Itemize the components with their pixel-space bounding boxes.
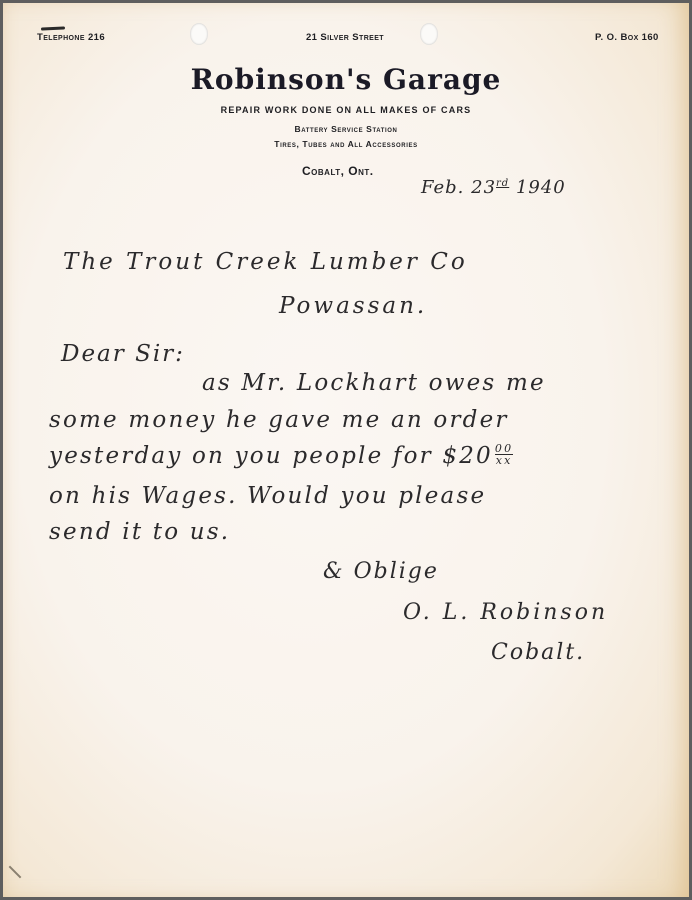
letter-date: Feb. 23rd 1940 xyxy=(421,177,566,198)
signature-city: Cobalt. xyxy=(491,640,585,665)
ink-mark xyxy=(41,26,65,30)
letterhead-service-1: Battery Service Station xyxy=(3,124,689,134)
body-line: yesterday on you people for $20 xyxy=(49,443,493,469)
date-day: Feb. 23 xyxy=(421,177,496,198)
business-name: Robinson's Garage xyxy=(3,63,689,96)
signature: O. L. Robinson xyxy=(403,600,608,625)
body-line: send it to us. xyxy=(49,519,230,545)
punch-hole xyxy=(420,23,438,45)
body-line: on his Wages. Would you please xyxy=(49,483,486,509)
recipient-name: The Trout Creek Lumber Co xyxy=(63,249,468,275)
letterhead-telephone: Telephone 216 xyxy=(37,32,105,43)
letterhead-service-2: Tires, Tubes and All Accessories xyxy=(3,139,689,149)
salutation: Dear Sir: xyxy=(61,341,185,367)
letterhead-tagline: REPAIR WORK DONE ON ALL MAKES OF CARS xyxy=(3,105,689,115)
body-line: some money he gave me an order xyxy=(49,407,509,433)
letter-sheet: Telephone 216 21 Silver Street P. O. Box… xyxy=(3,3,689,897)
letterhead-city: Cobalt, Ont. xyxy=(302,164,374,178)
recipient-town: Powassan. xyxy=(279,293,427,319)
closing: & Oblige xyxy=(323,559,439,584)
letterhead-po-box: P. O. Box 160 xyxy=(595,32,659,43)
amount-cents: 00xx xyxy=(495,443,513,466)
letterhead-street: 21 Silver Street xyxy=(306,32,384,43)
punch-hole xyxy=(190,23,208,45)
date-ordinal: rd xyxy=(496,178,509,189)
date-year: 1940 xyxy=(516,177,566,198)
body-line: as Mr. Lockhart owes me xyxy=(202,370,546,396)
body-line-amount: yesterday on you people for $2000xx xyxy=(49,443,513,469)
corner-fold xyxy=(9,866,22,879)
